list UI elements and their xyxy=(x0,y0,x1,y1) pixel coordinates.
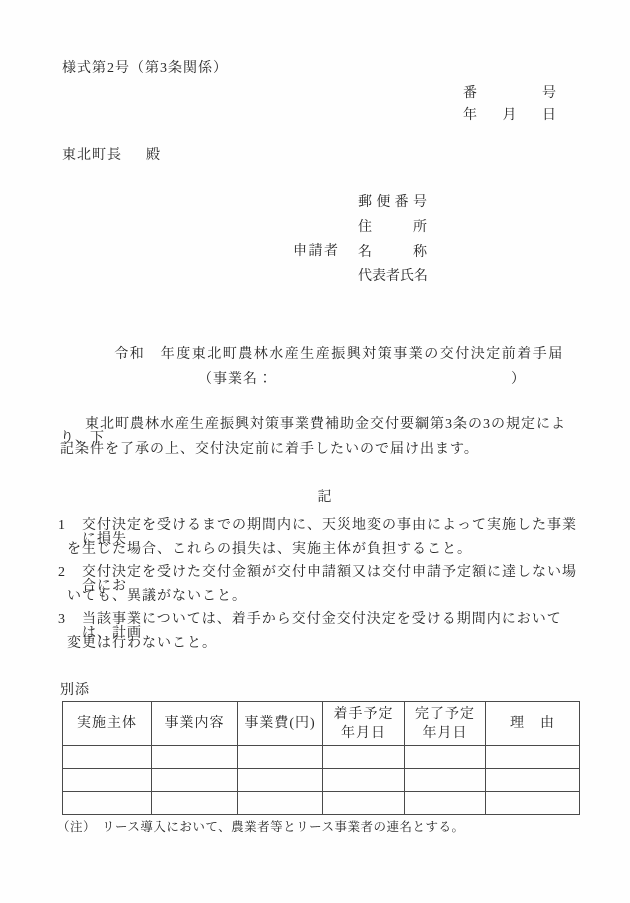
header-implementing-body: 実施主体 xyxy=(63,702,152,746)
condition-item: 1 交付決定を受けるまでの期間内に、天災地変の事由によって実施した事業に損失 を… xyxy=(58,519,586,566)
condition-number: 2 xyxy=(58,566,82,590)
table-cell xyxy=(486,792,580,815)
footnote-text: リース導入において、農業者等とリース事業者の連名とする。 xyxy=(102,821,465,834)
condition-text: 交付決定を受けるまでの期間内に、天災地変の事由によって実施した事業に損失 xyxy=(82,519,586,543)
conditions-list: 1 交付決定を受けるまでの期間内に、天災地変の事由によって実施した事業に損失 を… xyxy=(58,519,586,660)
table-cell xyxy=(486,769,580,792)
header-start-date: 着手予定 年月日 xyxy=(323,702,405,746)
header-completion-date: 完了予定 年月日 xyxy=(405,702,486,746)
table-cell xyxy=(323,746,405,769)
table-cell xyxy=(63,769,152,792)
footnote: （注） リース導入において、農業者等とリース事業者の連名とする。 xyxy=(57,821,465,834)
ref-number-left-label: 番 xyxy=(463,87,478,101)
project-name-line: （事業名： ） xyxy=(198,373,526,387)
body-line: 記条件を了承の上、交付決定前に着手したいので届け出ます。 xyxy=(60,443,584,468)
condition-number: 3 xyxy=(58,613,82,637)
condition-text: を生じた場合、これらの損失は、実施主体が負担すること。 xyxy=(67,543,586,567)
date-year-label: 年 xyxy=(463,109,478,123)
header-project-content: 事業内容 xyxy=(152,702,238,746)
addressee-honorific: 殿 xyxy=(146,149,161,163)
applicant-label: 申請者 xyxy=(293,245,340,259)
table-row xyxy=(63,792,580,815)
table-row xyxy=(63,769,580,792)
table-cell xyxy=(152,792,238,815)
reference-number-line: 番 号 xyxy=(463,87,557,101)
table-cell xyxy=(238,792,323,815)
table-header-row: 実施主体 事業内容 事業費(円) 着手予定 年月日 完了予定 年月日 理 由 xyxy=(63,702,580,746)
condition-text: 当該事業については、着手から交付金交付決定を受ける期間内においては、計画 xyxy=(82,613,586,637)
table-cell xyxy=(486,746,580,769)
table-cell xyxy=(405,792,486,815)
body-paragraph: 東北町農林水産生産振興対策事業費補助金交付要綱第3条の3の規定により、下 記条件… xyxy=(60,418,584,467)
header-reason: 理 由 xyxy=(486,702,580,746)
table-cell xyxy=(323,792,405,815)
table-cell xyxy=(405,746,486,769)
condition-text: 交付決定を受けた交付金額が交付申請額又は交付申請予定額に達しない場合にお xyxy=(82,566,586,590)
ref-number-right-label: 号 xyxy=(542,87,557,101)
record-heading: 記 xyxy=(20,491,630,505)
table-cell xyxy=(152,769,238,792)
date-month-label: 月 xyxy=(503,109,518,123)
addressee-name: 東北町長 xyxy=(62,149,122,163)
body-line: 東北町農林水産生産振興対策事業費補助金交付要綱第3条の3の規定により、下 xyxy=(60,418,584,443)
addressee-line: 東北町長 殿 xyxy=(62,149,161,163)
applicant-address-label: 住所 xyxy=(358,221,428,235)
table-cell xyxy=(152,746,238,769)
applicant-name-label: 名称 xyxy=(358,246,428,260)
form-number-label: 様式第2号（第3条関係） xyxy=(62,62,228,76)
condition-text: いても、異議がないこと。 xyxy=(67,590,586,614)
table-cell xyxy=(63,792,152,815)
footnote-prefix: （注） xyxy=(57,821,96,834)
plan-table: 実施主体 事業内容 事業費(円) 着手予定 年月日 完了予定 年月日 理 由 xyxy=(62,701,580,815)
table-cell xyxy=(63,746,152,769)
table-cell xyxy=(238,746,323,769)
condition-number: 1 xyxy=(58,519,82,543)
attachment-table: 実施主体 事業内容 事業費(円) 着手予定 年月日 完了予定 年月日 理 由 xyxy=(62,701,580,815)
condition-text: 変更は行わないこと。 xyxy=(67,637,586,661)
table-cell xyxy=(323,769,405,792)
attachment-label: 別添 xyxy=(60,684,90,698)
table-cell xyxy=(405,769,486,792)
table-cell xyxy=(238,769,323,792)
date-line: 年 月 日 xyxy=(463,109,557,123)
applicant-representative-label: 代表者氏名 xyxy=(358,270,428,284)
applicant-postal-label: 郵便番号 xyxy=(358,196,428,210)
condition-item: 3 当該事業については、着手から交付金交付決定を受ける期間内においては、計画 変… xyxy=(58,613,586,660)
project-name-suffix: ） xyxy=(511,373,526,387)
date-day-label: 日 xyxy=(542,109,557,123)
document-page: 様式第2号（第3条関係） 番 号 年 月 日 東北町長 殿 申請者 郵便番号 住… xyxy=(0,0,630,903)
table-row xyxy=(63,746,580,769)
header-project-cost: 事業費(円) xyxy=(238,702,323,746)
document-title: 令和 年度東北町農林水産生産振興対策事業の交付決定前着手届 xyxy=(48,348,630,362)
project-name-prefix: （事業名： xyxy=(198,373,273,387)
condition-item: 2 交付決定を受けた交付金額が交付申請額又は交付申請予定額に達しない場合にお い… xyxy=(58,566,586,613)
